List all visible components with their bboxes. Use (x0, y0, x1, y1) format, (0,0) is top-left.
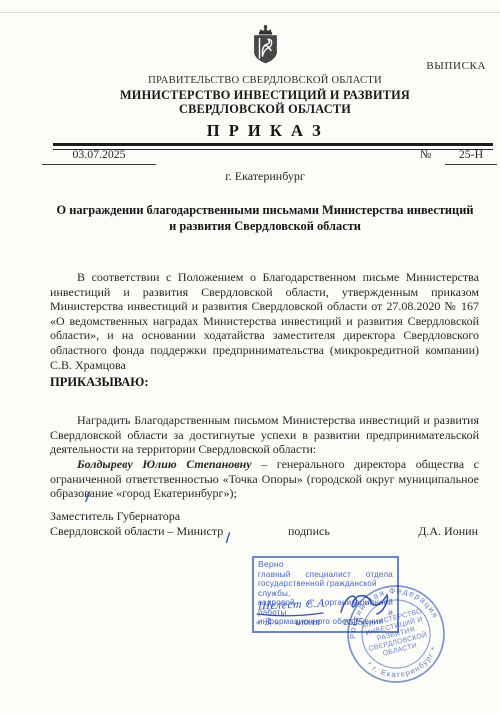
order-keyword: ПРИКАЗЫВАЮ: (50, 375, 149, 390)
date-close-quote: » (274, 617, 279, 627)
document-title-line2: и развития Свердловской области (50, 219, 480, 235)
extract-label: ВЫПИСКА (426, 60, 486, 72)
awardee-paragraph: Болдыреву Юлию Степановну – генерального… (50, 457, 479, 501)
government-line: ПРАВИТЕЛЬСТВО СВЕРДЛОВСКОЙ ОБЛАСТИ (50, 75, 480, 86)
signatory-position-line1: Заместитель Губернатора (50, 509, 223, 524)
ministry-name-line1: МИНИСТЕРСТВО ИНВЕСТИЦИЙ И РАЗВИТИЯ (50, 88, 480, 103)
awardee-name: Болдыреву Юлию Степановну (77, 457, 252, 471)
document-number: 25-Н (445, 147, 497, 165)
document-date: 03.07.2025 (42, 147, 156, 165)
document-title: О награждении благодарственными письмами… (50, 203, 480, 234)
header-rule-thick (53, 143, 493, 146)
coat-of-arms-icon (251, 25, 280, 65)
signatory-name: Д.А. Ионин (50, 524, 478, 539)
round-seal: Российская Федерация * г. Екатеринбург *… (333, 571, 459, 697)
scan-artifact-line (0, 12, 500, 13)
document-title-line1: О награждении благодарственными письмами… (50, 203, 480, 219)
date-open-quote: « (256, 617, 261, 627)
handwritten-day: 3 (265, 617, 270, 628)
number-sign: № (420, 147, 431, 162)
document-type-heading: П Р И К А З (50, 121, 480, 141)
city-line: г. Екатеринбург (50, 169, 480, 184)
ministry-name-line2: СВЕРДЛОВСКОЙ ОБЛАСТИ (50, 102, 480, 117)
preamble-paragraph: В соответствии с Положением о Благодарст… (50, 270, 479, 372)
stamp-line-verno: Верно (258, 560, 393, 570)
order-paragraph: Наградить Благодарственным письмом Минис… (50, 413, 479, 457)
pen-mark-icon (84, 491, 92, 503)
handwritten-month: июля (295, 617, 321, 628)
document-page: ВЫПИСКА ПРАВИТЕЛЬСТВО СВЕРДЛОВСКОЙ ОБЛАС… (0, 0, 500, 713)
pen-mark-icon (224, 532, 232, 544)
